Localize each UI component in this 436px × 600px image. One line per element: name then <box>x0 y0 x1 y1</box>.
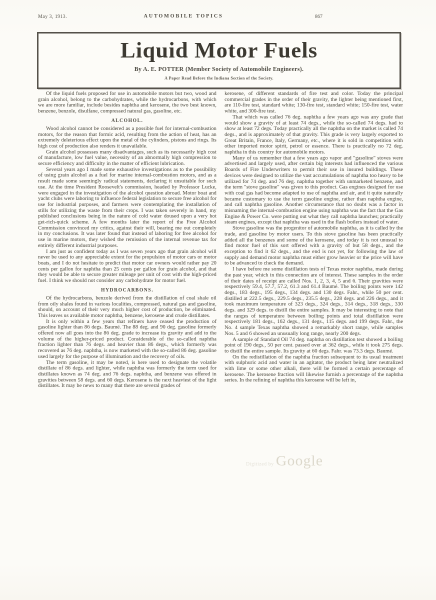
scanned-page: May 3, 1913. AUTOMOBILE TOPICS 867 Liqui… <box>0 0 436 600</box>
article-title-box: Liquid Motor Fuels By A. E. POTTER (Memb… <box>37 32 401 89</box>
body-paragraph: kerosene, of different standards of fire… <box>225 91 404 114</box>
page-number: 867 <box>315 14 323 20</box>
section-heading: ALCOHOL. <box>38 118 217 124</box>
body-paragraph: Stove gasoline was the progenitor of aut… <box>225 226 404 267</box>
journal-masthead: AUTOMOBILE TOPICS <box>141 14 226 20</box>
body-paragraph: Of the hydrocarbons, benzole derived fro… <box>38 295 217 318</box>
body-paragraph: On the redistillation of the naphtha fra… <box>225 354 404 383</box>
right-column: kerosene, of different standards of fire… <box>225 91 404 389</box>
body-paragraph: Grain alcohol possesses many disadvantag… <box>38 149 217 167</box>
article-byline: By A. E. POTTER (Member Society of Autom… <box>39 66 400 74</box>
body-paragraph: Of the liquid fuels proposed for use in … <box>38 91 217 114</box>
watermark-word: Google <box>276 453 323 470</box>
body-paragraph: Many of us remember that a few years ago… <box>225 155 404 225</box>
section-heading: HYDROCARBONS. <box>38 287 217 293</box>
body-paragraph: I have before me some distillation tests… <box>225 267 404 337</box>
body-paragraph: The term gasoline, it may be noted, is h… <box>38 360 217 389</box>
body-paragraph: I am just as confident today as I was se… <box>38 249 217 284</box>
watermark-prefix: Digitized by <box>246 462 274 468</box>
left-column: Of the liquid fuels proposed for use in … <box>38 91 217 389</box>
body-paragraph: Wood alcohol cannot be considered as a p… <box>38 126 217 149</box>
body-paragraph: It is only within a few years that refin… <box>38 319 217 360</box>
article-subtitle: A Paper Read Before the Indiana Section … <box>39 76 400 81</box>
article-title: Liquid Motor Fuels <box>39 39 400 63</box>
page-content: May 3, 1913. AUTOMOBILE TOPICS 867 Liqui… <box>0 0 436 600</box>
google-watermark: Digitized by Google <box>246 453 323 470</box>
article-body: Of the liquid fuels proposed for use in … <box>38 91 403 389</box>
body-paragraph: That which was called 76 deg. naphtha a … <box>225 114 404 155</box>
issue-date: May 3, 1913. <box>38 14 67 20</box>
body-paragraph: Several years ago I made some exhaustive… <box>38 167 217 249</box>
body-paragraph: A sample of Standard Oil 74 deg. naphtha… <box>225 337 404 355</box>
